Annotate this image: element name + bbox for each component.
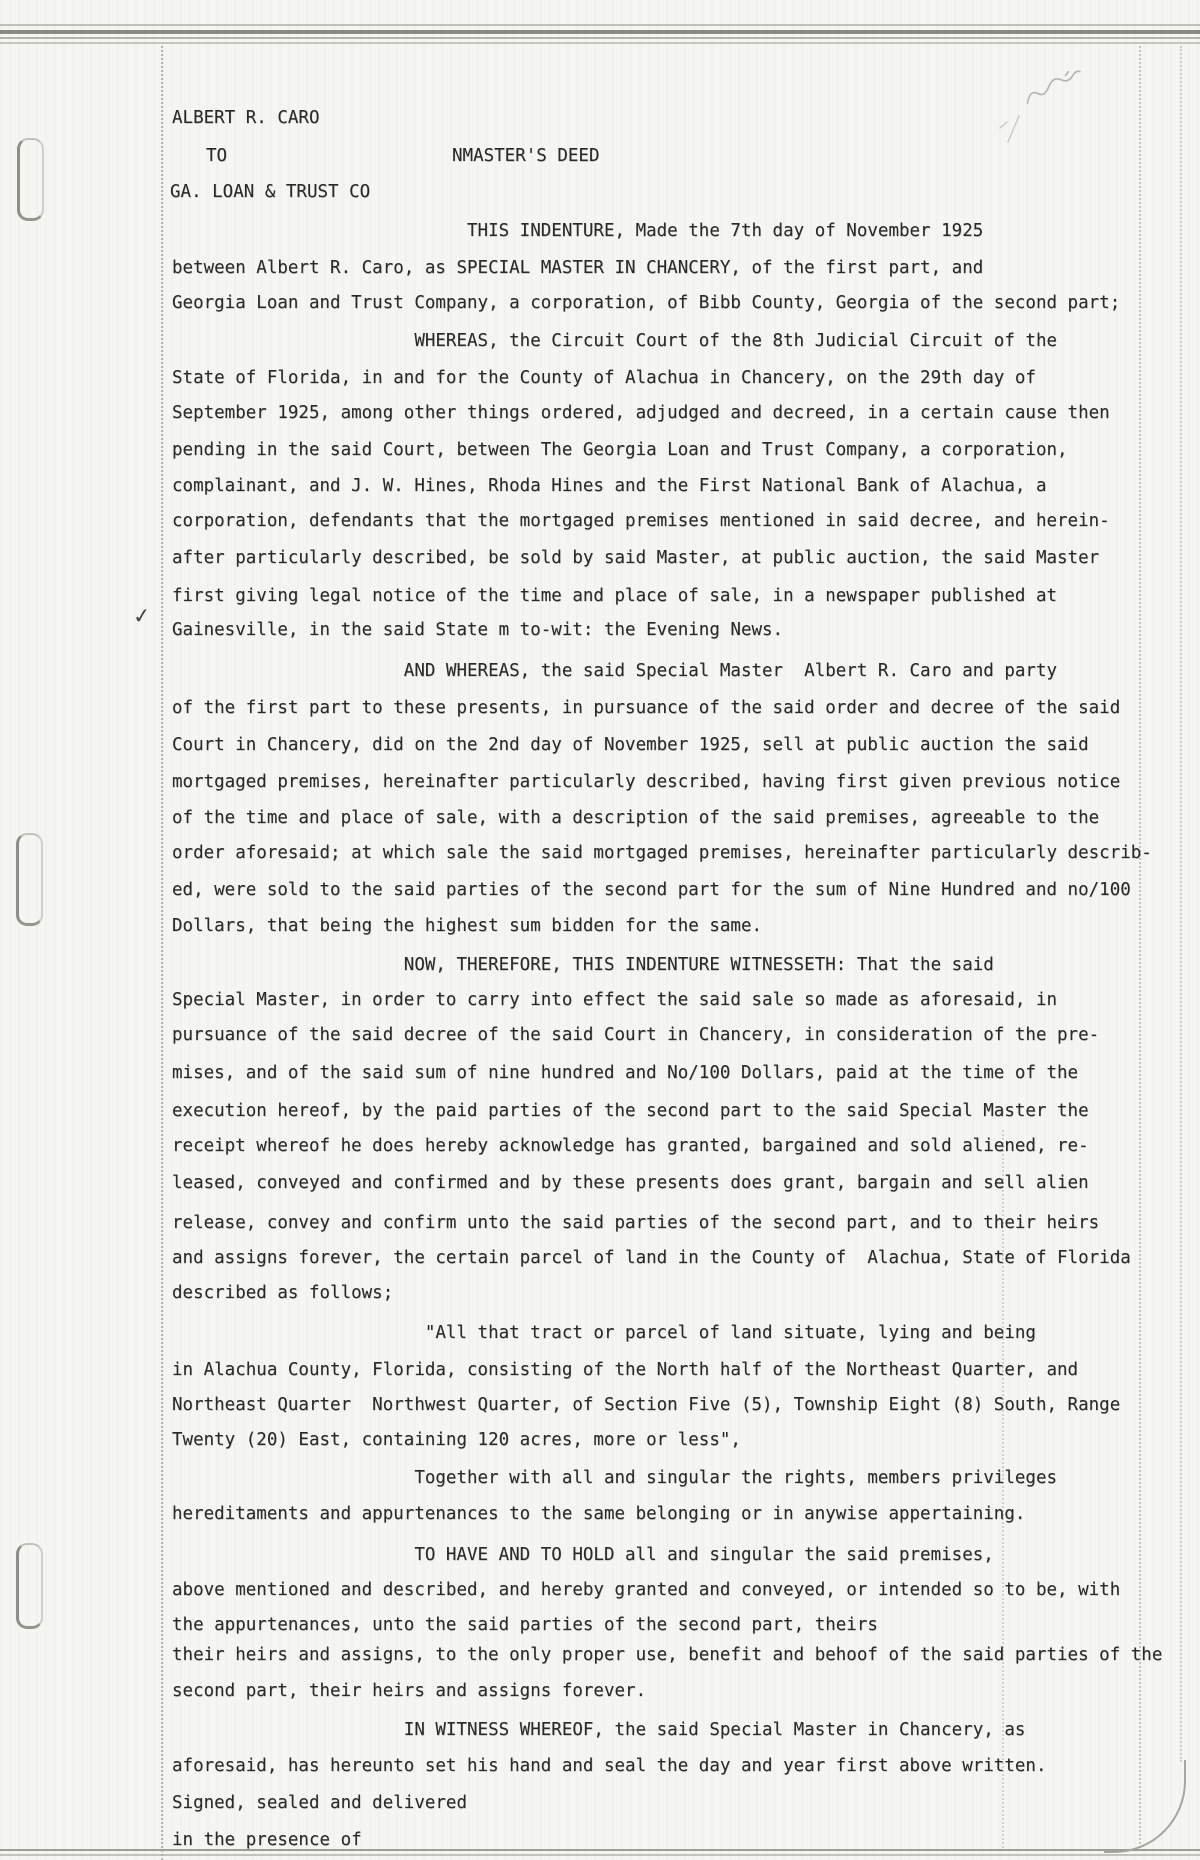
- document-line: Special Master, in order to carry into e…: [172, 988, 1057, 1012]
- punch-hole: [16, 1543, 43, 1629]
- grantee-name: GA. LOAN & TRUST CO: [170, 180, 370, 204]
- margin-checkmark: ✓: [132, 603, 152, 629]
- right-page-edge-rule: [1180, 46, 1182, 1762]
- document-line: above mentioned and described, and hereb…: [172, 1578, 1120, 1602]
- punch-hole: [16, 833, 43, 926]
- document-line: TO HAVE AND TO HOLD all and singular the…: [172, 1543, 994, 1567]
- document-line: of the first part to these presents, in …: [172, 696, 1120, 720]
- document-line: Court in Chancery, did on the 2nd day of…: [172, 733, 1089, 757]
- scanned-deed-page: { "page": { "background": "#f5f5f2", "in…: [0, 0, 1200, 1860]
- document-line: IN WITNESS WHEREOF, the said Special Mas…: [172, 1718, 1025, 1742]
- document-line: Signed, sealed and delivered: [172, 1791, 467, 1815]
- document-line: hereditaments and appurtenances to the s…: [172, 1502, 1025, 1526]
- document-line: "All that tract or parcel of land situat…: [172, 1321, 1036, 1345]
- grantor-name: ALBERT R. CARO: [172, 106, 320, 130]
- document-line: State of Florida, in and for the County …: [172, 366, 1036, 390]
- document-line: in Alachua County, Florida, consisting o…: [172, 1358, 1078, 1382]
- document-line: after particularly described, be sold by…: [172, 546, 1099, 570]
- document-line: corporation, defendants that the mortgag…: [172, 509, 1110, 533]
- left-margin-rule: [161, 46, 163, 1860]
- top-scan-edge-line: [0, 30, 1200, 34]
- page-corner-curl: [1104, 1760, 1186, 1853]
- document-line: in the presence of: [172, 1828, 362, 1852]
- document-line: Twenty (20) East, containing 120 acres, …: [172, 1428, 741, 1452]
- document-line: release, convey and confirm unto the sai…: [172, 1211, 1099, 1235]
- document-line: receipt whereof he does hereby acknowled…: [172, 1134, 1089, 1158]
- document-line: Northeast Quarter Northwest Quarter, of …: [172, 1393, 1120, 1417]
- document-line: Together with all and singular the right…: [172, 1466, 1057, 1490]
- document-line: WHEREAS, the Circuit Court of the 8th Ju…: [172, 329, 1057, 353]
- document-line: mortgaged premises, hereinafter particul…: [172, 770, 1120, 794]
- document-line: NOW, THEREFORE, THIS INDENTURE WITNESSET…: [172, 953, 994, 977]
- document-line: Gainesville, in the said State m to-wit:…: [172, 618, 783, 642]
- document-line: the appurtenances, unto the said parties…: [172, 1613, 878, 1637]
- bottom-scan-edge-line: [0, 1854, 1200, 1856]
- top-scan-edge-line: [0, 24, 1200, 26]
- document-line: mises, and of the said sum of nine hundr…: [172, 1061, 1078, 1085]
- punch-hole: [17, 138, 44, 221]
- to-label: TO: [206, 144, 227, 168]
- document-line: Georgia Loan and Trust Company, a corpor…: [172, 291, 1120, 315]
- document-line: leased, conveyed and confirmed and by th…: [172, 1171, 1089, 1195]
- document-line: between Albert R. Caro, as SPECIAL MASTE…: [172, 256, 983, 280]
- document-line: pursuance of the said decree of the said…: [172, 1023, 1099, 1047]
- document-line: complainant, and J. W. Hines, Rhoda Hine…: [172, 474, 1046, 498]
- document-line: and assigns forever, the certain parcel …: [172, 1246, 1131, 1270]
- document-line: second part, their heirs and assigns for…: [172, 1679, 646, 1703]
- right-margin-rule: [1139, 46, 1141, 1848]
- deed-title: NMASTER'S DEED: [452, 144, 600, 168]
- document-line: of the time and place of sale, with a de…: [172, 806, 1099, 830]
- document-line: described as follows;: [172, 1281, 393, 1305]
- document-line: Dollars, that being the highest sum bidd…: [172, 914, 762, 938]
- document-line: THIS INDENTURE, Made the 7th day of Nove…: [172, 219, 983, 243]
- document-line: execution hereof, by the paid parties of…: [172, 1099, 1089, 1123]
- document-line: September 1925, among other things order…: [172, 401, 1110, 425]
- document-line: AND WHEREAS, the said Special Master Alb…: [172, 659, 1057, 683]
- document-line: order aforesaid; at which sale the said …: [172, 841, 1152, 865]
- top-scan-edge-line: [0, 37, 1200, 39]
- document-line: ed, were sold to the said parties of the…: [172, 878, 1131, 902]
- pencil-scribble: [992, 56, 1107, 156]
- top-scan-edge-line: [0, 42, 1200, 44]
- document-line: aforesaid, has hereunto set his hand and…: [172, 1754, 1046, 1778]
- document-line: their heirs and assigns, to the only pro…: [172, 1643, 1162, 1667]
- document-line: pending in the said Court, between The G…: [172, 438, 1068, 462]
- document-line: first giving legal notice of the time an…: [172, 584, 1057, 608]
